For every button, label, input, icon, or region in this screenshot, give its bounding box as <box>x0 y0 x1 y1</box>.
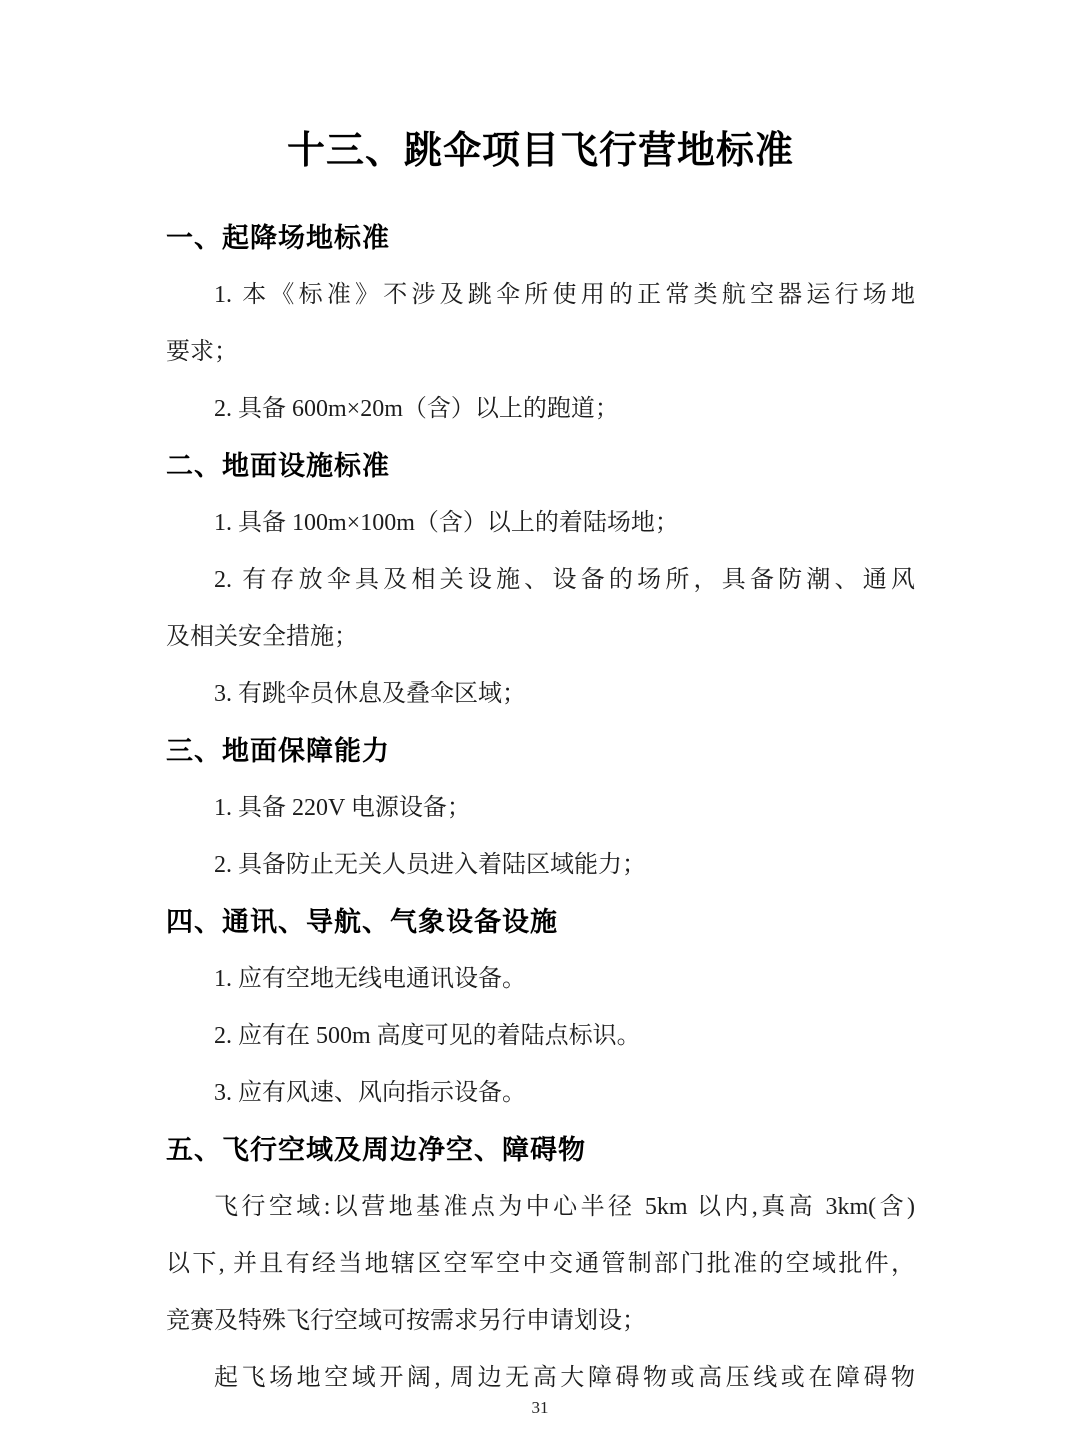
section-ground-facilities: 二、地面设施标准 1. 具备 100m×100m（含）以上的着陆场地； 2. 有… <box>166 438 915 723</box>
text-line: 1. 本《标准》不涉及跳伞所使用的正常类航空器运行场地 <box>166 267 915 324</box>
section-takeoff-landing-field: 一、起降场地标准 1. 本《标准》不涉及跳伞所使用的正常类航空器运行场地 要求；… <box>166 210 915 438</box>
section-heading: 四、通讯、导航、气象设备设施 <box>166 894 915 951</box>
text-line: 1. 具备 100m×100m（含）以上的着陆场地； <box>166 495 915 552</box>
page-number: 31 <box>0 1396 1080 1420</box>
section-ground-support: 三、地面保障能力 1. 具备 220V 电源设备； 2. 具备防止无关人员进入着… <box>166 723 915 894</box>
text-line: 2. 有存放伞具及相关设施、设备的场所，具备防潮、通风 <box>166 552 915 609</box>
text-line: 要求； <box>166 324 915 381</box>
section-heading: 二、地面设施标准 <box>166 438 915 495</box>
section-heading: 五、飞行空域及周边净空、障碍物 <box>166 1122 915 1179</box>
section-heading: 三、地面保障能力 <box>166 723 915 780</box>
section-airspace-obstacles: 五、飞行空域及周边净空、障碍物 飞行空域:以营地基准点为中心半径 5km 以内,… <box>166 1122 915 1407</box>
text-line: 1. 应有空地无线电通讯设备。 <box>166 951 915 1008</box>
document-page: 十三、跳伞项目飞行营地标准 一、起降场地标准 1. 本《标准》不涉及跳伞所使用的… <box>0 0 1080 1452</box>
document-title: 十三、跳伞项目飞行营地标准 <box>166 118 915 184</box>
text-line: 3. 应有风速、风向指示设备。 <box>166 1065 915 1122</box>
text-line: 2. 具备防止无关人员进入着陆区域能力； <box>166 837 915 894</box>
document-content: 十三、跳伞项目飞行营地标准 一、起降场地标准 1. 本《标准》不涉及跳伞所使用的… <box>166 0 915 1407</box>
section-comm-nav-weather: 四、通讯、导航、气象设备设施 1. 应有空地无线电通讯设备。 2. 应有在 50… <box>166 894 915 1122</box>
text-line: 以下, 并且有经当地辖区空军空中交通管制部门批准的空域批件， <box>166 1236 915 1293</box>
text-line: 2. 具备 600m×20m（含）以上的跑道； <box>166 381 915 438</box>
section-heading: 一、起降场地标准 <box>166 210 915 267</box>
text-line: 1. 具备 220V 电源设备； <box>166 780 915 837</box>
text-line: 2. 应有在 500m 高度可见的着陆点标识。 <box>166 1008 915 1065</box>
text-line: 飞行空域:以营地基准点为中心半径 5km 以内,真高 3km(含) <box>166 1179 915 1236</box>
text-line: 及相关安全措施； <box>166 609 915 666</box>
text-line: 竞赛及特殊飞行空域可按需求另行申请划设； <box>166 1293 915 1350</box>
text-line: 3. 有跳伞员休息及叠伞区域； <box>166 666 915 723</box>
